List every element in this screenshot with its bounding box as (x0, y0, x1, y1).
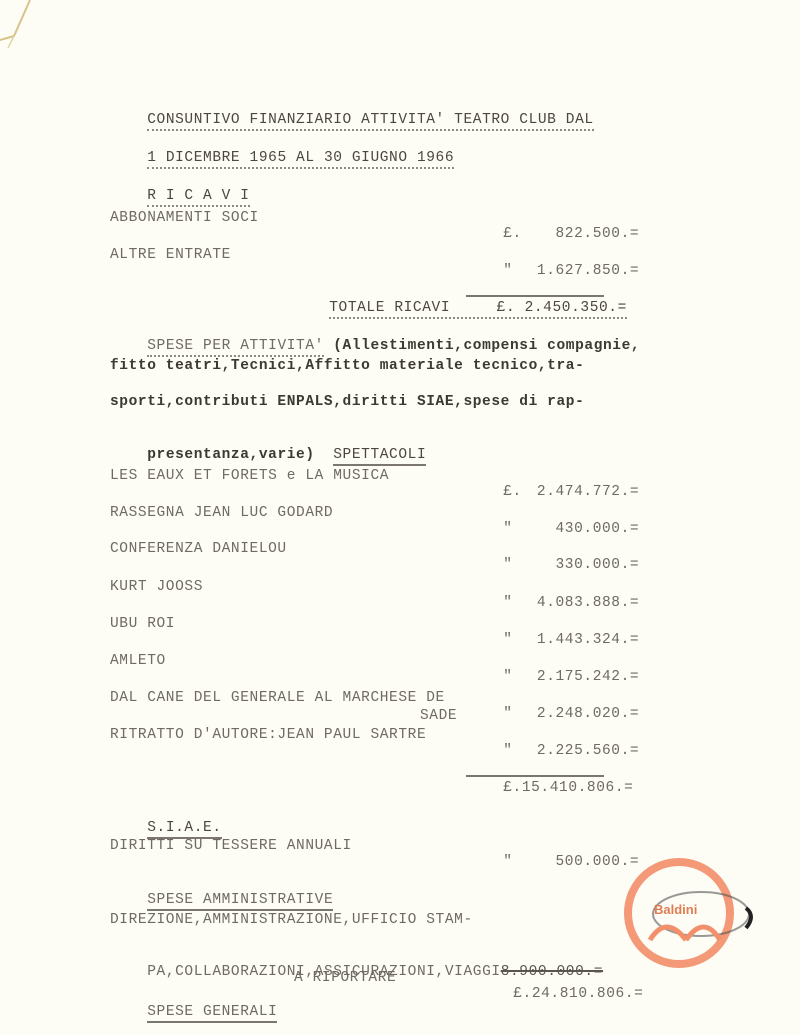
spettacolo-label-continuation: SADE (420, 708, 457, 724)
spettacolo-label: RASSEGNA JEAN LUC GODARD (110, 505, 333, 521)
stamp-oval-icon (646, 884, 756, 964)
ricavi-item-label: ALTRE ENTRATE (110, 247, 231, 263)
spese-attivita-description: sporti,contributi ENPALS,diritti SIAE,sp… (110, 394, 584, 410)
a-riportare-label: A RIPORTARE (294, 970, 396, 986)
library-stamp: Baldini (624, 858, 734, 968)
siae-item-label: DIRITTI SU TESSERE ANNUALI (110, 838, 352, 854)
spettacolo-label: LES EAUX ET FORETS e LA MUSICA (110, 468, 389, 484)
a-riportare-amount: £.24.810.806.= (476, 970, 614, 1018)
spettacolo-label: CONFERENZA DANIELOU (110, 541, 287, 557)
siae-item-amount: "500.000.= (466, 838, 604, 886)
totale-ricavi-amount: 2.450.350.= (525, 300, 627, 316)
spese-generali-heading: SPESE GENERALI (110, 988, 277, 1035)
spettacolo-label: KURT JOOSS (110, 579, 203, 595)
spettacolo-label: AMLETO (110, 653, 166, 669)
spese-amministrative-description: DIREZIONE,AMMINISTRAZIONE,UFFICIO STAM- (110, 912, 473, 928)
ricavi-item-label: ABBONAMENTI SOCI (110, 210, 259, 226)
typewritten-page: CONSUNTIVO FINANZIARIO ATTIVITA' TEATRO … (0, 0, 800, 1035)
corner-fold-mark (0, 0, 34, 48)
spettacolo-label: RITRATTO D'AUTORE:JEAN PAUL SARTRE (110, 727, 426, 743)
spese-attivita-description: fitto teatri,Tecnici,Affitto materiale t… (110, 358, 584, 374)
spettacolo-label: UBU ROI (110, 616, 175, 632)
totale-ricavi-label: TOTALE RICAVI (329, 300, 450, 316)
spettacoli-subheading: SPETTACOLI (333, 447, 426, 466)
spettacolo-label: DAL CANE DEL GENERALE AL MARCHESE DE (110, 690, 445, 706)
spese-attivita-heading: SPESE PER ATTIVITA' (147, 338, 324, 357)
spettacoli-subtotal: £.15.410.806.= (466, 764, 604, 812)
